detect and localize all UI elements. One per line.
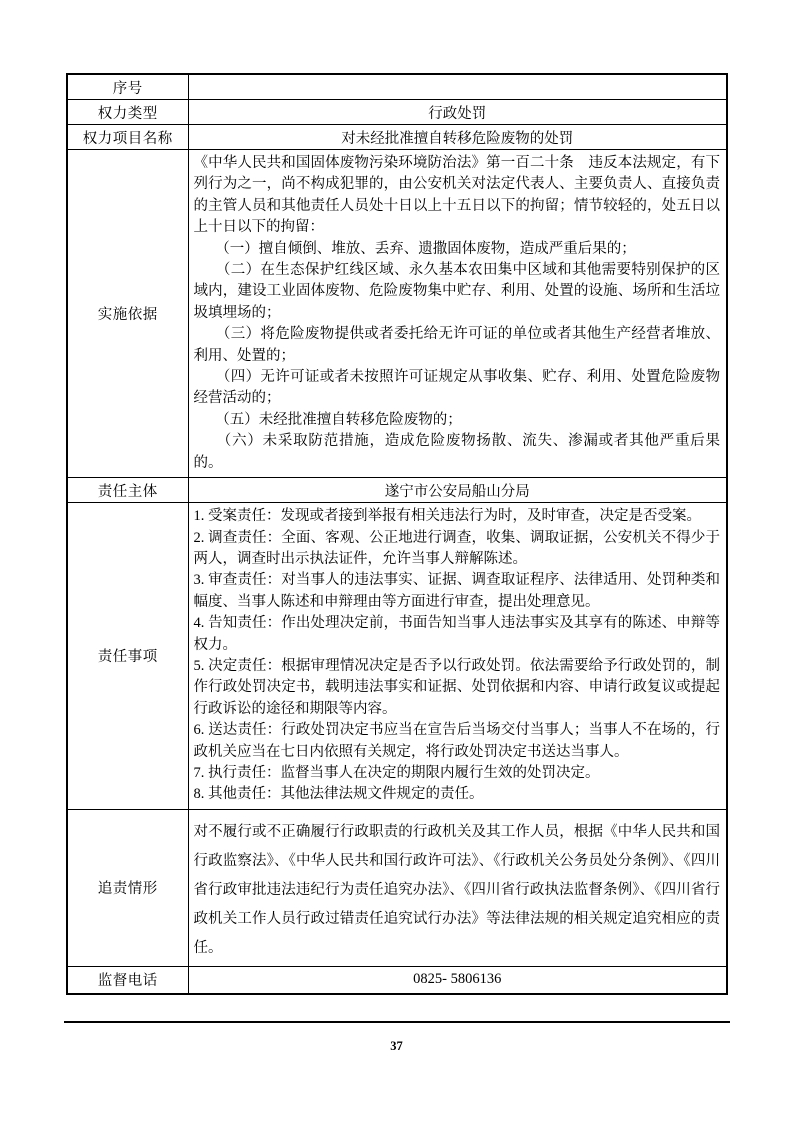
row-value-accountability-situations: 对不履行或不正确履行行政职责的行政机关及其工作人员，根据《中华人民共和国行政监察… <box>188 809 727 966</box>
table-row-serial-number: 序号 <box>67 74 727 100</box>
row-label-power-item-name: 权力项目名称 <box>67 125 188 150</box>
table-row-supervision-phone: 监督电话 0825- 5806136 <box>67 966 727 994</box>
row-label-accountability-situations: 追责情形 <box>67 809 188 966</box>
row-label-power-type: 权力类型 <box>67 100 188 125</box>
table-row-power-item-name: 权力项目名称 对未经批准擅自转移危险废物的处罚 <box>67 125 727 150</box>
row-label-responsibility-items: 责任事项 <box>67 503 188 810</box>
row-label-implementation-basis: 实施依据 <box>67 150 188 478</box>
row-value-supervision-phone: 0825- 5806136 <box>188 966 727 994</box>
row-value-serial-number <box>188 74 727 100</box>
row-value-implementation-basis: 《中华人民共和国固体废物污染环境防治法》第一百二十条 违反本法规定，有下列行为之… <box>188 150 727 478</box>
document-page: 序号 权力类型 行政处罚 权力项目名称 对未经批准擅自转移危险废物的处罚 实施依… <box>0 0 793 1122</box>
page-number: 37 <box>0 1039 793 1054</box>
table-row-power-type: 权力类型 行政处罚 <box>67 100 727 125</box>
table-row-implementation-basis: 实施依据 《中华人民共和国固体废物污染环境防治法》第一百二十条 违反本法规定，有… <box>67 150 727 478</box>
table-row-accountability-situations: 追责情形 对不履行或不正确履行行政职责的行政机关及其工作人员，根据《中华人民共和… <box>67 809 727 966</box>
footer-rule <box>64 1021 730 1023</box>
table-row-responsibility-items: 责任事项 1. 受案责任：发现或者接到举报有相关违法行为时，及时审查，决定是否受… <box>67 503 727 810</box>
row-label-responsible-entity: 责任主体 <box>67 478 188 503</box>
row-value-power-type: 行政处罚 <box>188 100 727 125</box>
row-label-supervision-phone: 监督电话 <box>67 966 188 994</box>
row-value-power-item-name: 对未经批准擅自转移危险废物的处罚 <box>188 125 727 150</box>
table-row-responsible-entity: 责任主体 遂宁市公安局船山分局 <box>67 478 727 503</box>
row-value-responsible-entity: 遂宁市公安局船山分局 <box>188 478 727 503</box>
power-item-table: 序号 权力类型 行政处罚 权力项目名称 对未经批准擅自转移危险废物的处罚 实施依… <box>66 73 728 995</box>
row-value-responsibility-items: 1. 受案责任：发现或者接到举报有相关违法行为时，及时审查，决定是否受案。 2.… <box>188 503 727 810</box>
row-label-serial-number: 序号 <box>67 74 188 100</box>
